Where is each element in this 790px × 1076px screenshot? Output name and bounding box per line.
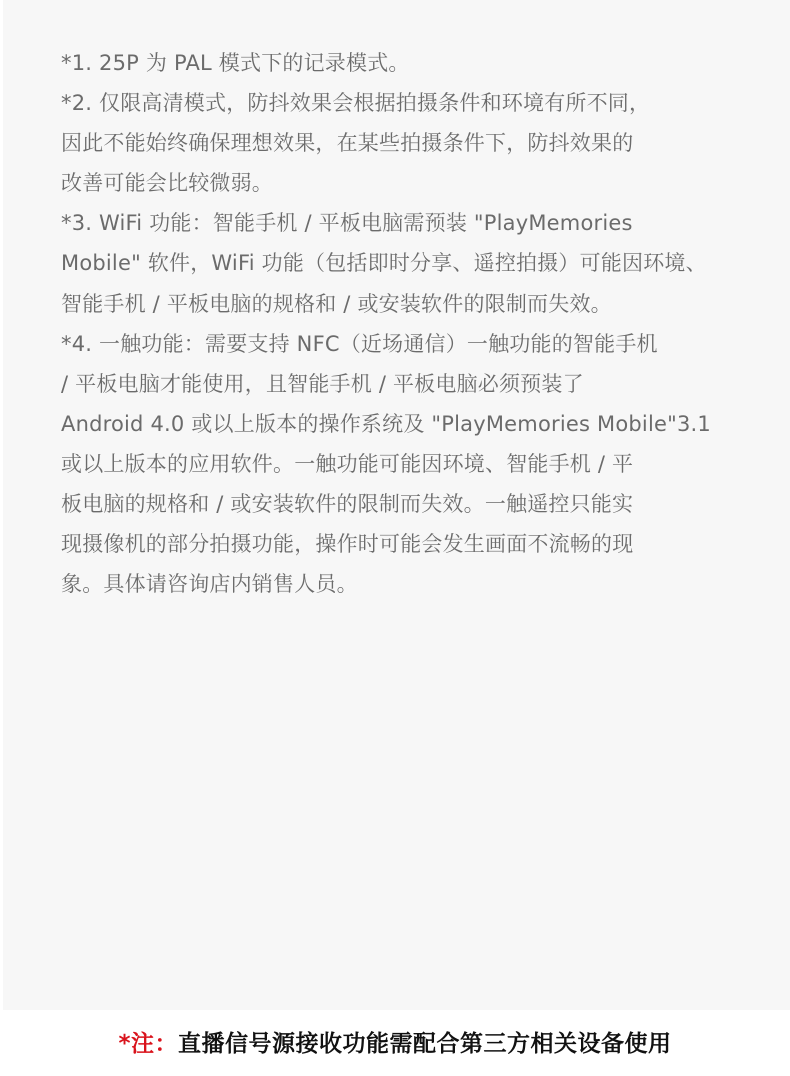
footnote-4-line-1: *4. 一触功能：需要支持 NFC（近场通信）一触功能的智能手机 bbox=[61, 324, 751, 364]
footnotes-list: *1. 25P 为 PAL 模式下的记录模式。 *2. 仅限高清模式，防抖效果会… bbox=[61, 43, 751, 604]
footnote-1-line-1: *1. 25P 为 PAL 模式下的记录模式。 bbox=[61, 43, 751, 83]
footnote-3-line-2: Mobile" 软件，WiFi 功能（包括即时分享、遥控拍摄）可能因环境、 bbox=[61, 243, 751, 283]
footnote-4-line-6: 现摄像机的部分拍摄功能，操作时可能会发生画面不流畅的现 bbox=[61, 524, 751, 564]
footnote-4-line-2: / 平板电脑才能使用，且智能手机 / 平板电脑必须预装了 bbox=[61, 364, 751, 404]
footnote-4-line-7: 象。具体请咨询店内销售人员。 bbox=[61, 564, 751, 604]
live-signal-note: *注：直播信号源接收功能需配合第三方相关设备使用 bbox=[0, 1026, 790, 1062]
footnote-4-line-3: Android 4.0 或以上版本的操作系统及 "PlayMemories Mo… bbox=[61, 404, 751, 444]
footnote-3-line-3: 智能手机 / 平板电脑的规格和 / 或安装软件的限制而失效。 bbox=[61, 284, 751, 324]
footnote-4-line-5: 板电脑的规格和 / 或安装软件的限制而失效。一触遥控只能实 bbox=[61, 484, 751, 524]
footnote-2-line-2: 因此不能始终确保理想效果，在某些拍摄条件下，防抖效果的 bbox=[61, 123, 751, 163]
footnotes-panel: *1. 25P 为 PAL 模式下的记录模式。 *2. 仅限高清模式，防抖效果会… bbox=[3, 0, 790, 1010]
footnote-2-line-1: *2. 仅限高清模式，防抖效果会根据拍摄条件和环境有所不同， bbox=[61, 83, 751, 123]
note-marker: *注： bbox=[118, 1031, 178, 1057]
note-text: 直播信号源接收功能需配合第三方相关设备使用 bbox=[178, 1031, 672, 1057]
footnote-4-line-4: 或以上版本的应用软件。一触功能可能因环境、智能手机 / 平 bbox=[61, 444, 751, 484]
footnote-2-line-3: 改善可能会比较微弱。 bbox=[61, 163, 751, 203]
footnote-3-line-1: *3. WiFi 功能：智能手机 / 平板电脑需预装 "PlayMemories bbox=[61, 203, 751, 243]
